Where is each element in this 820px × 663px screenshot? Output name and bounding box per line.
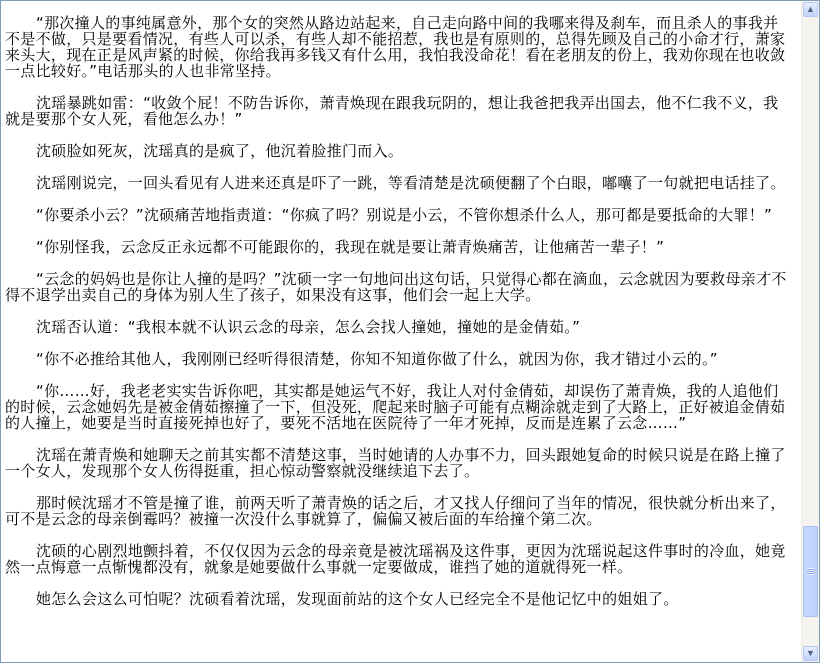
document-body: “那次撞人的事纯属意外，那个女的突然从路边站起来，自己走向路中间的我哪来得及刹车… (5, 1, 789, 662)
chevron-up-icon: ▲ (806, 5, 815, 14)
scroll-down-button[interactable]: ▼ (803, 646, 818, 661)
paragraph: “你别怪我，云念反正永远都不可能跟你的，我现在就是要让萧青焕痛苦，让他痛苦一辈子… (5, 239, 789, 255)
paragraph: “那次撞人的事纯属意外，那个女的突然从路边站起来，自己走向路中间的我哪来得及刹车… (5, 15, 789, 79)
grip-icon (807, 568, 814, 575)
scroll-up-button[interactable]: ▲ (803, 2, 818, 17)
paragraph: 沈瑶暴跳如雷：“收敛个屁！不防告诉你，萧青焕现在跟我玩阴的，想让我爸把我弄出国去… (5, 95, 789, 127)
paragraph: 沈瑶否认道：“我根本就不认识云念的母亲，怎么会找人撞她，撞她的是金倩茹。” (5, 319, 789, 335)
scrollbar-thumb[interactable] (803, 526, 818, 617)
paragraph: “你要杀小云？”沈硕痛苦地指责道：“你疯了吗？别说是小云，不管你想杀什么人，那可… (5, 207, 789, 223)
paragraph: “你……好，我老老实实告诉你吧，其实都是她运气不好，我让人对付金倩茹，却误伤了萧… (5, 383, 789, 431)
paragraph: 她怎么会这么可怕呢？沈硕看着沈瑶，发现面前站的这个女人已经完全不是他记忆中的姐姐… (5, 591, 789, 607)
paragraph: “你不必推给其他人，我刚刚已经听得很清楚，你知不知道你做了什么，就因为你，我才错… (5, 351, 789, 367)
text-viewer-window: “那次撞人的事纯属意外，那个女的突然从路边站起来，自己走向路中间的我哪来得及刹车… (0, 0, 820, 663)
paragraph: “云念的妈妈也是你让人撞的是吗？”沈硕一字一句地问出这句话，只觉得心都在滴血，云… (5, 271, 789, 303)
vertical-scrollbar[interactable]: ▲ ▼ (801, 1, 819, 662)
paragraph: 沈硕脸如死灰，沈瑶真的是疯了，他沉着脸推门而入。 (5, 143, 789, 159)
chevron-down-icon: ▼ (806, 649, 815, 658)
paragraph: 沈硕的心剧烈地颤抖着，不仅仅因为云念的母亲竟是被沈瑶祸及这件事，更因为沈瑶说起这… (5, 543, 789, 575)
paragraph: 那时候沈瑶才不管是撞了谁，前两天听了萧青焕的话之后，才又找人仔细问了当年的情况，… (5, 495, 789, 527)
paragraph: 沈瑶刚说完，一回头看见有人进来还真是吓了一跳，等看清楚是沈硕便翻了个白眼，嘟囔了… (5, 175, 789, 191)
paragraph: 沈瑶在萧青焕和她聊天之前其实都不清楚这事，当时她请的人办事不力，回头跟她复命的时… (5, 447, 789, 479)
